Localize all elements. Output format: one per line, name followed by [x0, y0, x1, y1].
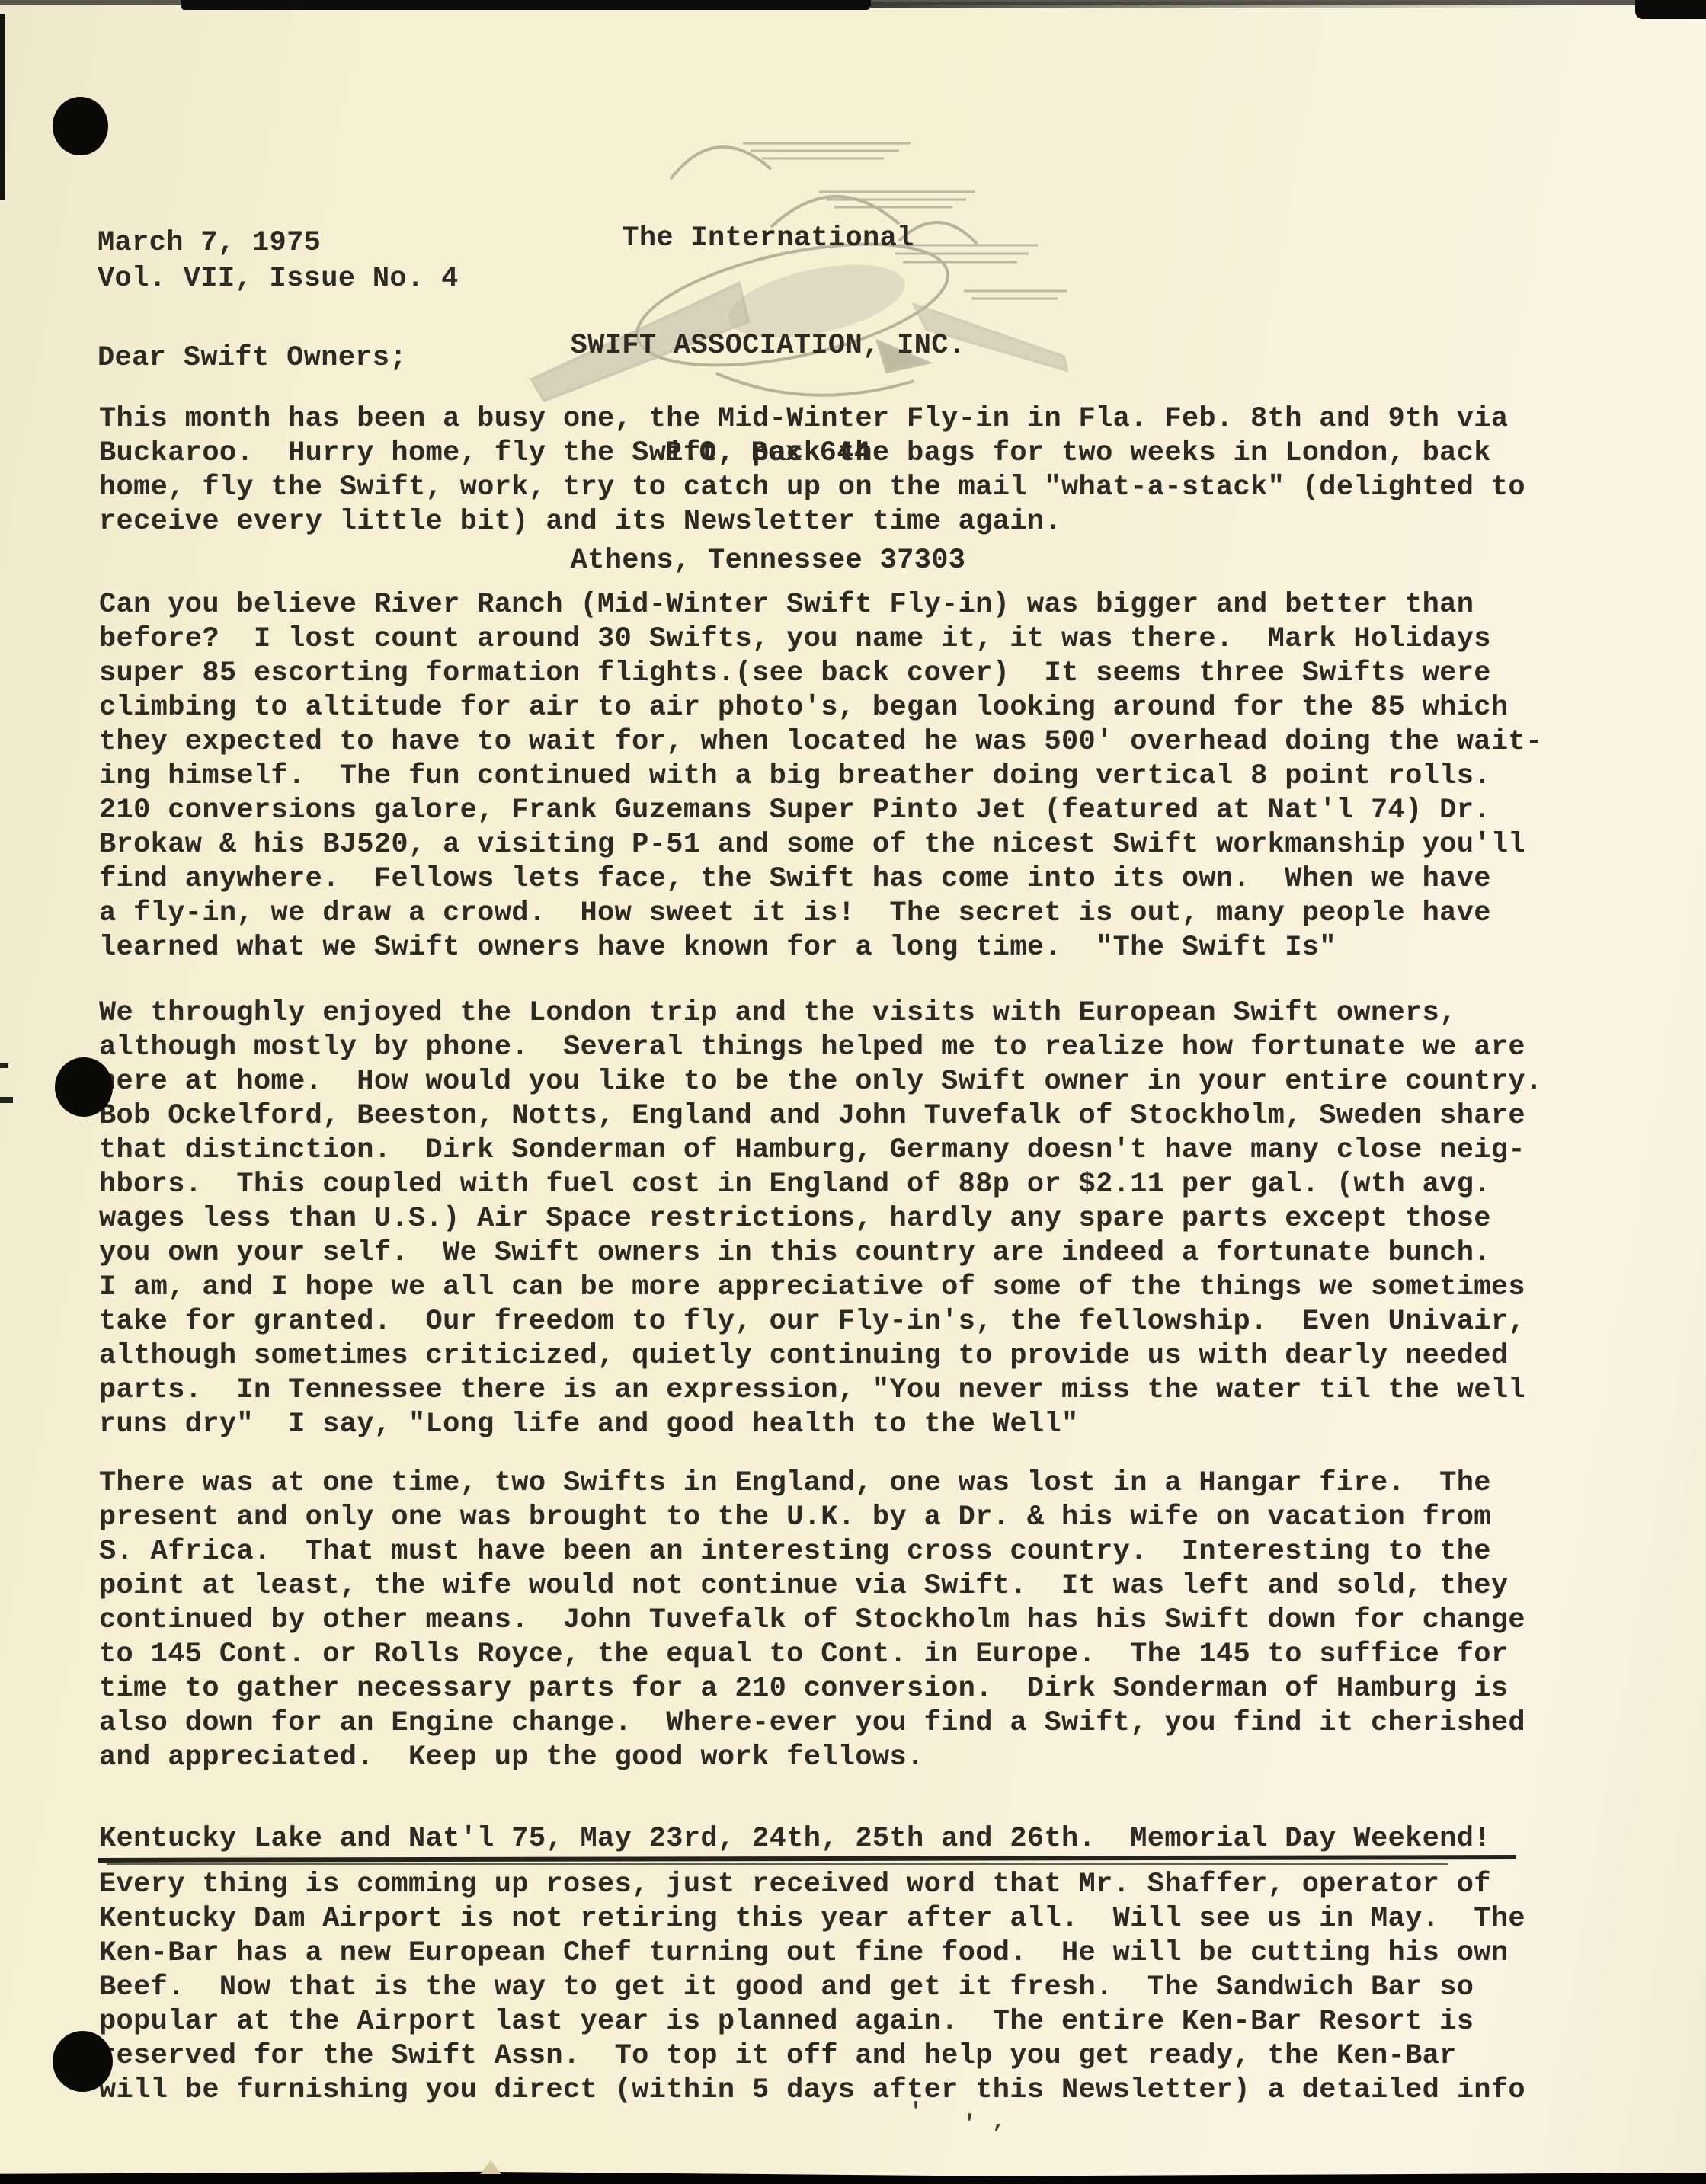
punch-hole-middle: [55, 1057, 113, 1117]
scan-bottom-bump: [480, 2160, 501, 2174]
masthead-line4: Athens, Tennessee 37303: [357, 543, 1179, 579]
scan-edge-bottom: [0, 2170, 1706, 2184]
paragraph-4: There was at one time, two Swifts in Eng…: [99, 1466, 1525, 1775]
punch-hole-bottom: [53, 2031, 113, 2092]
ink-speck-1: ': [909, 2099, 923, 2125]
scan-left-dash-2: [0, 1097, 13, 1103]
masthead-line2: SWIFT ASSOCIATION, INC.: [357, 328, 1179, 364]
ink-speck-2: ': [960, 2111, 978, 2138]
kentucky-body: Every thing is comming up roses, just re…: [99, 1868, 1525, 2108]
scan-edge-top-dark: [181, 0, 871, 10]
kentucky-heading: Kentucky Lake and Nat'l 75, May 23rd, 24…: [99, 1822, 1491, 1856]
scan-corner-top-right: [1635, 0, 1706, 19]
ink-speck-3: ,: [992, 2109, 1006, 2134]
heading-underline-2: [107, 1863, 1448, 1865]
masthead: The International SWIFT ASSOCIATION, INC…: [357, 149, 1179, 651]
masthead-line1: The International: [357, 221, 1179, 257]
scanned-newsletter-page: The International SWIFT ASSOCIATION, INC…: [0, 0, 1706, 2184]
masthead-line3: P.O. Box 644: [357, 436, 1179, 472]
scan-edge-left-sliver: [0, 14, 5, 200]
scan-edge-top-fade: [871, 2, 1564, 8]
paragraph-3: We throughly enjoyed the London trip and…: [99, 996, 1543, 1442]
punch-hole-top: [53, 97, 108, 155]
scan-left-dash-1: [0, 1063, 8, 1068]
